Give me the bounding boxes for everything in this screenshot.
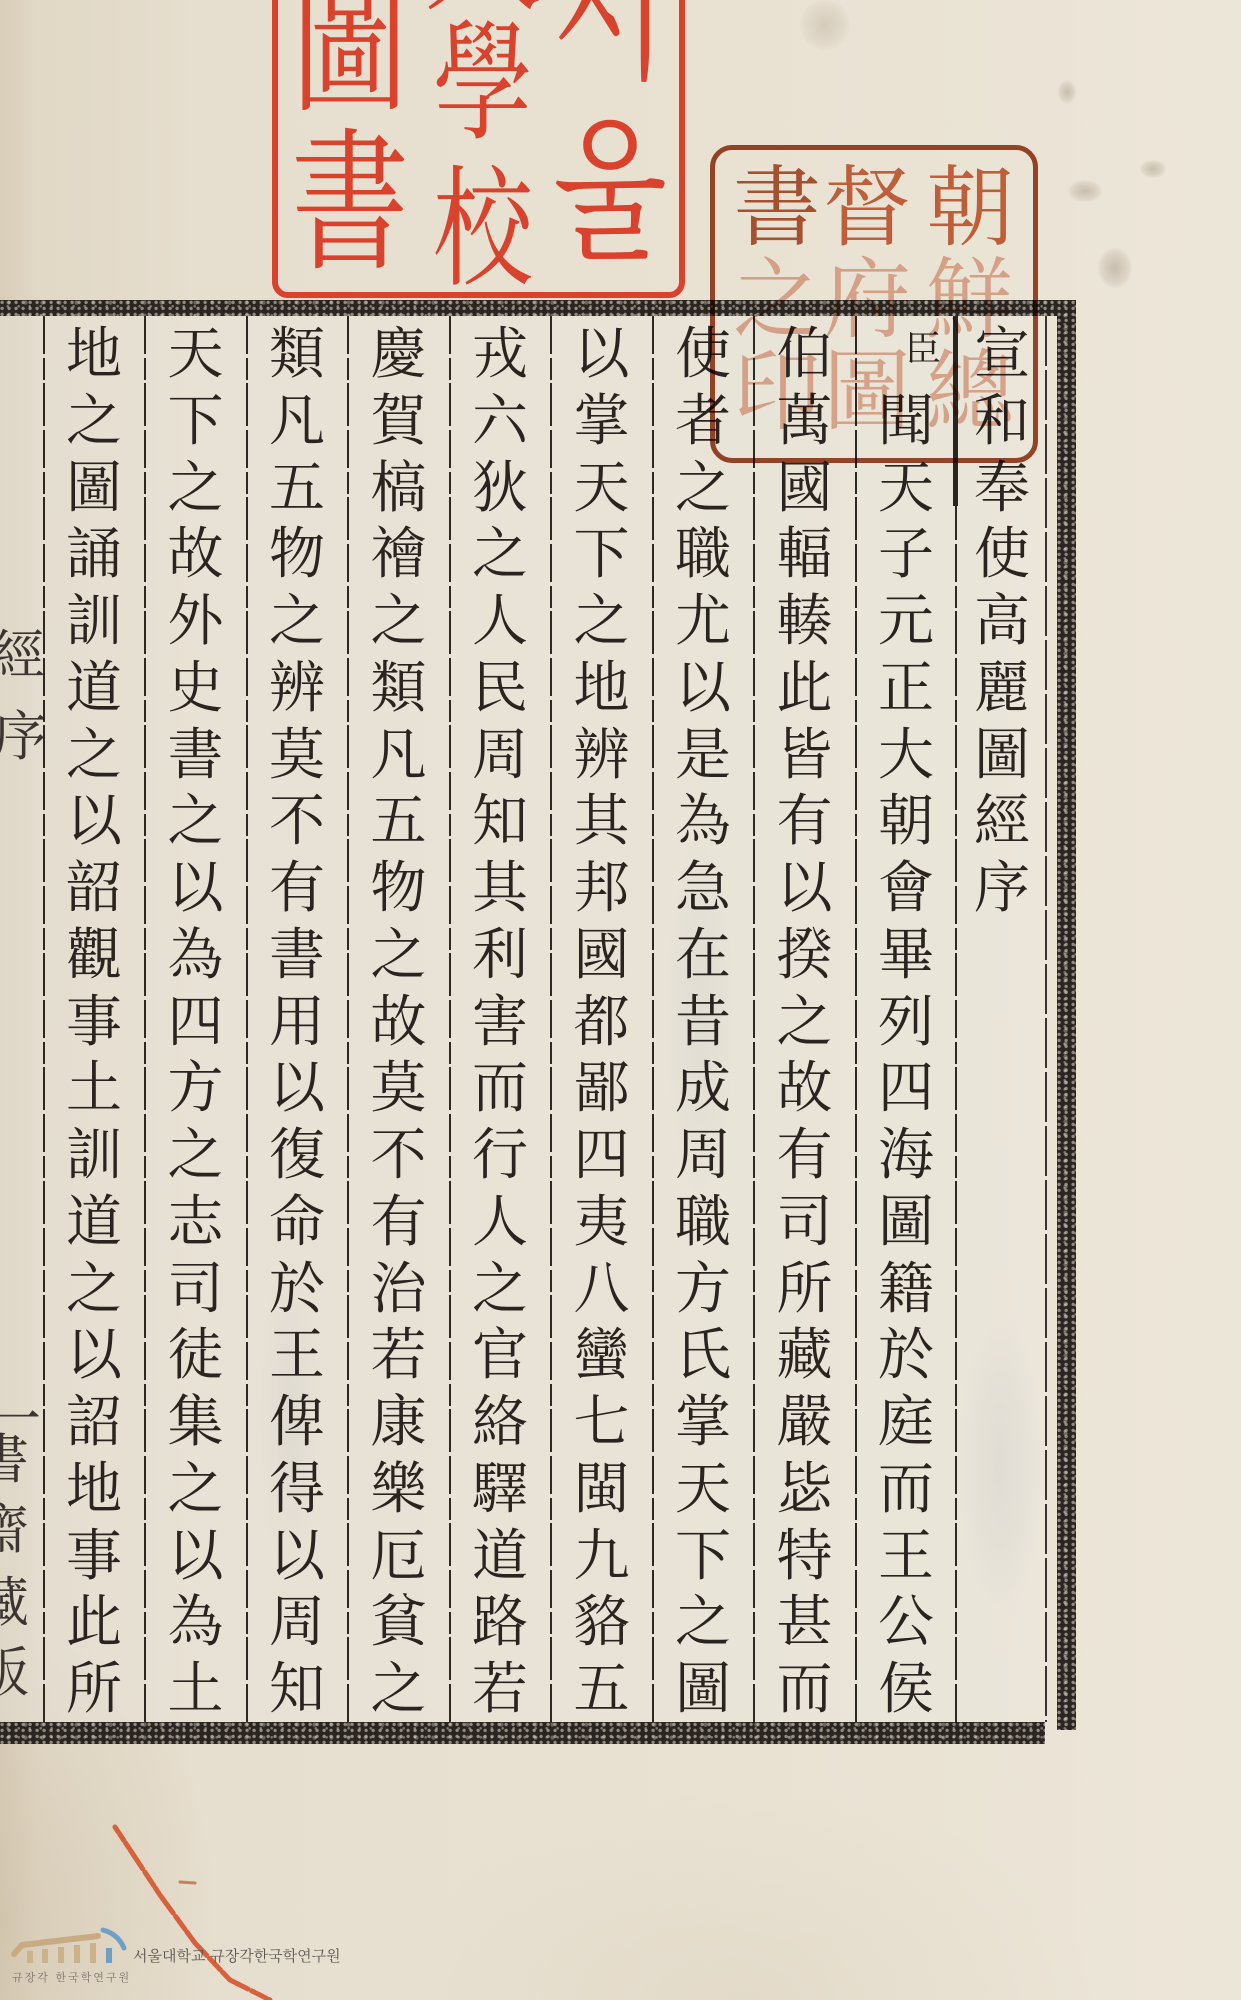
glyph: 有 <box>349 1190 448 1257</box>
glyph: 八 <box>552 1257 651 1324</box>
glyph: 之 <box>45 723 143 790</box>
glyph: 周 <box>451 723 549 790</box>
glyph: 麗 <box>958 656 1046 723</box>
glyph: 之 <box>349 1657 448 1724</box>
glyph: 嚴 <box>755 1390 854 1457</box>
text-column-8: 類凡五物之辨莫不有書用以復命於王俾得以周知 <box>248 322 346 1724</box>
glyph: 誦 <box>45 522 143 589</box>
glyph: 凡 <box>349 723 448 790</box>
seal-glyph: 督 <box>823 164 911 252</box>
glyph: 人 <box>451 1190 549 1257</box>
glyph: 有 <box>755 1123 854 1190</box>
column-text: 聞天子元正大朝會畢列四海圖籍於庭而王公侯 <box>857 389 955 1724</box>
glyph: 邦 <box>552 856 651 923</box>
glyph: 司 <box>755 1190 854 1257</box>
glyph: 為 <box>654 789 752 856</box>
glyph: 以 <box>45 789 143 856</box>
glyph: 之 <box>654 1590 752 1657</box>
glyph: 使 <box>958 522 1046 589</box>
glyph: 貧 <box>349 1590 448 1657</box>
glyph: 莫 <box>248 723 346 790</box>
seal-glyph: 之 <box>733 256 821 344</box>
glyph: 書 <box>146 723 245 790</box>
glyph: 之 <box>146 456 245 523</box>
glyph: 禬 <box>349 522 448 589</box>
glyph: 官 <box>451 1323 549 1390</box>
glyph: 夷 <box>552 1190 651 1257</box>
glyph: 此 <box>755 656 854 723</box>
fold-strip-glyph: 藏 <box>0 1570 30 1636</box>
glyph: 貉 <box>552 1590 651 1657</box>
glyph: 而 <box>857 1457 955 1524</box>
glyph: 海 <box>857 1123 955 1190</box>
glyph: 而 <box>451 1056 549 1123</box>
glyph: 類 <box>349 656 448 723</box>
glyph: 書 <box>248 923 346 990</box>
glyph: 司 <box>146 1257 245 1324</box>
glyph: 有 <box>755 789 854 856</box>
paper-stain <box>1140 160 1166 178</box>
paper-stain <box>1068 180 1102 202</box>
glyph: 高 <box>958 589 1046 656</box>
glyph: 絡 <box>451 1390 549 1457</box>
glyph: 四 <box>552 1123 651 1190</box>
glyph: 輻 <box>755 522 854 589</box>
glyph: 之 <box>349 589 448 656</box>
text-column-5: 以掌天下之地辨其邦國都鄙四夷八蠻七閩九貉五 <box>552 322 651 1724</box>
glyph: 閩 <box>552 1457 651 1524</box>
scanned-book-page: 서 울 大 學 校 圖 書 宣和奉使高麗圖經序 臣 聞天子元正大朝會畢列四海圖籍… <box>0 0 1241 2000</box>
glyph: 毖 <box>755 1457 854 1524</box>
glyph: 若 <box>349 1323 448 1390</box>
column-text: 使者之職尤以是為急在昔成周職方氏掌天下之圖 <box>654 322 752 1724</box>
glyph: 正 <box>857 656 955 723</box>
glyph: 輳 <box>755 589 854 656</box>
glyph: 以 <box>146 1524 245 1591</box>
glyph: 之 <box>146 1457 245 1524</box>
glyph: 人 <box>451 589 549 656</box>
paper-stain <box>1058 80 1076 104</box>
glyph: 下 <box>146 389 245 456</box>
glyph: 故 <box>146 522 245 589</box>
glyph: 都 <box>552 990 651 1057</box>
glyph: 不 <box>349 1123 448 1190</box>
glyph: 於 <box>857 1323 955 1390</box>
glyph: 圖 <box>654 1657 752 1724</box>
column-text: 伯萬國輻輳此皆有以揆之故有司所藏嚴毖特甚而 <box>755 322 854 1724</box>
glyph: 其 <box>552 789 651 856</box>
glyph: 類 <box>248 322 346 389</box>
column-text: 天下之故外史書之以為四方之志司徒集之以為土 <box>146 322 245 1724</box>
glyph: 侯 <box>857 1657 955 1724</box>
seal-glyph: 서 <box>553 0 667 89</box>
seal-glyph: 圖 <box>291 0 409 122</box>
glyph: 之 <box>552 589 651 656</box>
fold-strip-glyph: 經 <box>0 623 46 689</box>
glyph: 慶 <box>349 322 448 389</box>
glyph: 外 <box>146 589 245 656</box>
watermark-institution-name: 서울대학교 규장각한국학연구원 <box>133 1945 341 1966</box>
frame-border-right <box>1057 300 1076 1730</box>
glyph: 樂 <box>349 1457 448 1524</box>
glyph: 有 <box>248 856 346 923</box>
text-column-2: 臣 聞天子元正大朝會畢列四海圖籍於庭而王公侯 <box>857 322 955 1724</box>
glyph: 訓 <box>45 1123 143 1190</box>
glyph: 道 <box>45 1190 143 1257</box>
glyph: 賀 <box>349 389 448 456</box>
glyph: 知 <box>451 789 549 856</box>
glyph: 畢 <box>857 923 955 990</box>
glyph: 之 <box>451 1257 549 1324</box>
column-text: 戎六狄之人民周知其利害而行人之官絡驛道路若 <box>451 322 549 1724</box>
glyph: 辨 <box>552 723 651 790</box>
column-text: 類凡五物之辨莫不有書用以復命於王俾得以周知 <box>248 322 346 1724</box>
glyph: 知 <box>248 1657 346 1724</box>
fold-strip-glyph: 序 <box>0 704 48 770</box>
glyph: 庭 <box>857 1390 955 1457</box>
glyph: 以 <box>552 322 651 389</box>
glyph: 鄙 <box>552 1056 651 1123</box>
column-text: 慶賀槁禬之類凡五物之故莫不有治若康樂厄貧之 <box>349 322 448 1724</box>
glyph: 驛 <box>451 1457 549 1524</box>
frame-border-bottom <box>0 1722 1045 1744</box>
glyph: 經 <box>958 789 1046 856</box>
glyph: 四 <box>146 990 245 1057</box>
glyph: 周 <box>654 1123 752 1190</box>
glyph: 氏 <box>654 1323 752 1390</box>
seal-glyph: 印 <box>733 348 821 436</box>
glyph: 地 <box>552 656 651 723</box>
glyph: 圖 <box>958 723 1046 790</box>
glyph: 民 <box>451 656 549 723</box>
glyph: 詔 <box>45 1390 143 1457</box>
glyph: 以 <box>755 856 854 923</box>
glyph: 籍 <box>857 1257 955 1324</box>
column-text: 地之圖誦訓道之以韶觀事土訓道之以詔地事此所 <box>45 322 143 1724</box>
text-column-4: 使者之職尤以是為急在昔成周職方氏掌天下之圖 <box>654 322 752 1724</box>
glyph: 天 <box>857 456 955 523</box>
glyph: 戎 <box>451 322 549 389</box>
kyujanggak-logo-icon <box>10 1924 130 1966</box>
seoul-university-library-seal: 서 울 大 學 校 圖 書 <box>272 0 685 298</box>
glyph: 揆 <box>755 923 854 990</box>
glyph: 其 <box>451 856 549 923</box>
glyph: 以 <box>45 1323 143 1390</box>
glyph: 集 <box>146 1390 245 1457</box>
glyph: 掌 <box>654 1390 752 1457</box>
glyph: 之 <box>248 589 346 656</box>
fold-strip-glyph: 書 <box>0 1427 30 1493</box>
glyph: 朝 <box>857 789 955 856</box>
glyph: 之 <box>349 923 448 990</box>
glyph: 行 <box>451 1123 549 1190</box>
fold-strip: 經 序 一 書 齋 藏 版 <box>0 316 43 1722</box>
glyph: 以 <box>248 1056 346 1123</box>
glyph: 命 <box>248 1190 346 1257</box>
glyph: 成 <box>654 1056 752 1123</box>
glyph: 路 <box>451 1590 549 1657</box>
seal-glyph: 府 <box>823 256 911 344</box>
seal-glyph: 울 <box>553 115 667 268</box>
glyph: 九 <box>552 1524 651 1591</box>
seal-glyph: 書 <box>291 126 409 279</box>
glyph: 下 <box>552 522 651 589</box>
glyph: 之 <box>45 1257 143 1324</box>
seal-glyph: 朝 <box>926 164 1014 252</box>
glyph: 土 <box>146 1657 245 1724</box>
glyph: 為 <box>146 923 245 990</box>
glyph: 藏 <box>755 1323 854 1390</box>
glyph: 所 <box>45 1657 143 1724</box>
glyph: 國 <box>755 456 854 523</box>
glyph: 凡 <box>248 389 346 456</box>
glyph: 圖 <box>857 1190 955 1257</box>
glyph: 而 <box>755 1657 854 1724</box>
glyph: 史 <box>146 656 245 723</box>
glyph: 五 <box>349 789 448 856</box>
glyph: 事 <box>45 1524 143 1591</box>
glyph: 故 <box>755 1056 854 1123</box>
glyph: 之 <box>45 389 143 456</box>
glyph: 莫 <box>349 1056 448 1123</box>
glyph: 王 <box>248 1323 346 1390</box>
glyph: 皆 <box>755 723 854 790</box>
glyph: 特 <box>755 1524 854 1591</box>
glyph: 志 <box>146 1190 245 1257</box>
glyph: 六 <box>451 389 549 456</box>
glyph: 奉 <box>958 456 1046 523</box>
seal-glyph: 校 <box>433 165 533 295</box>
glyph: 土 <box>45 1056 143 1123</box>
glyph: 得 <box>248 1457 346 1524</box>
glyph: 下 <box>654 1524 752 1591</box>
glyph: 之 <box>451 522 549 589</box>
glyph: 以 <box>248 1524 346 1591</box>
glyph: 方 <box>146 1056 245 1123</box>
glyph: 地 <box>45 322 143 389</box>
glyph: 俾 <box>248 1390 346 1457</box>
fold-strip-glyph: 齋 <box>0 1497 30 1563</box>
glyph: 之 <box>146 789 245 856</box>
glyph: 道 <box>451 1524 549 1591</box>
glyph: 之 <box>146 1123 245 1190</box>
glyph: 所 <box>755 1257 854 1324</box>
glyph: 辨 <box>248 656 346 723</box>
seal-glyph: 圖 <box>823 348 911 436</box>
glyph: 以 <box>146 856 245 923</box>
glyph: 道 <box>45 656 143 723</box>
glyph: 圖 <box>45 456 143 523</box>
glyph: 列 <box>857 990 955 1057</box>
column-text: 以掌天下之地辨其邦國都鄙四夷八蠻七閩九貉五 <box>552 322 651 1724</box>
glyph: 物 <box>349 856 448 923</box>
glyph: 大 <box>857 723 955 790</box>
glyph: 事 <box>45 990 143 1057</box>
text-column-10: 地之圖誦訓道之以韶觀事土訓道之以詔地事此所 <box>45 322 143 1724</box>
glyph: 周 <box>248 1590 346 1657</box>
glyph: 韶 <box>45 856 143 923</box>
glyph: 王 <box>857 1524 955 1591</box>
glyph: 觀 <box>45 923 143 990</box>
seal-glyph: 學 <box>433 19 533 149</box>
glyph: 序 <box>958 856 1046 923</box>
glyph: 為 <box>146 1590 245 1657</box>
glyph: 職 <box>654 522 752 589</box>
glyph: 四 <box>857 1056 955 1123</box>
glyph: 徒 <box>146 1323 245 1390</box>
text-column-3: 伯萬國輻輳此皆有以揆之故有司所藏嚴毖特甚而 <box>755 322 854 1724</box>
glyph: 甚 <box>755 1590 854 1657</box>
glyph: 若 <box>451 1657 549 1724</box>
glyph: 害 <box>451 990 549 1057</box>
glyph: 地 <box>45 1457 143 1524</box>
glyph: 在 <box>654 923 752 990</box>
glyph: 之 <box>654 456 752 523</box>
glyph: 子 <box>857 522 955 589</box>
text-column-6: 戎六狄之人民周知其利害而行人之官絡驛道路若 <box>451 322 549 1724</box>
glyph: 方 <box>654 1257 752 1324</box>
fold-strip-glyph: 版 <box>0 1640 30 1706</box>
glyph: 尤 <box>654 589 752 656</box>
glyph: 利 <box>451 923 549 990</box>
glyph: 公 <box>857 1590 955 1657</box>
glyph: 天 <box>552 456 651 523</box>
glyph: 元 <box>857 589 955 656</box>
text-column-7: 慶賀槁禬之類凡五物之故莫不有治若康樂厄貧之 <box>349 322 448 1724</box>
glyph: 天 <box>654 1457 752 1524</box>
seal-glyph: 總 <box>926 348 1014 436</box>
glyph: 厄 <box>349 1524 448 1591</box>
glyph: 訓 <box>45 589 143 656</box>
seal-glyph: 鮮 <box>926 256 1014 344</box>
glyph: 物 <box>248 522 346 589</box>
text-column-9: 天下之故外史書之以為四方之志司徒集之以為土 <box>146 322 245 1724</box>
glyph: 康 <box>349 1390 448 1457</box>
glyph: 國 <box>552 923 651 990</box>
government-general-library-seal: 朝 鮮 總 督 府 圖 書 之 印 <box>710 145 1038 463</box>
glyph: 急 <box>654 856 752 923</box>
glyph: 之 <box>755 990 854 1057</box>
column-rule <box>955 316 957 1722</box>
watermark-logo-caption: 규장각 한국학연구원 <box>12 1969 131 1985</box>
glyph: 天 <box>146 322 245 389</box>
glyph: 不 <box>248 789 346 856</box>
glyph: 掌 <box>552 389 651 456</box>
glyph: 槁 <box>349 456 448 523</box>
paper-stain <box>1098 248 1132 288</box>
glyph: 於 <box>248 1257 346 1324</box>
glyph: 蠻 <box>552 1323 651 1390</box>
glyph: 五 <box>552 1657 651 1724</box>
glyph: 會 <box>857 856 955 923</box>
glyph: 治 <box>349 1257 448 1324</box>
glyph: 職 <box>654 1190 752 1257</box>
glyph: 復 <box>248 1123 346 1190</box>
glyph: 五 <box>248 456 346 523</box>
glyph: 昔 <box>654 990 752 1057</box>
paper-stain <box>800 0 850 50</box>
glyph: 狄 <box>451 456 549 523</box>
glyph: 故 <box>349 990 448 1057</box>
seal-glyph: 書 <box>733 164 821 252</box>
glyph: 此 <box>45 1590 143 1657</box>
glyph: 以 <box>654 656 752 723</box>
glyph: 用 <box>248 990 346 1057</box>
glyph: 是 <box>654 723 752 790</box>
glyph: 七 <box>552 1390 651 1457</box>
